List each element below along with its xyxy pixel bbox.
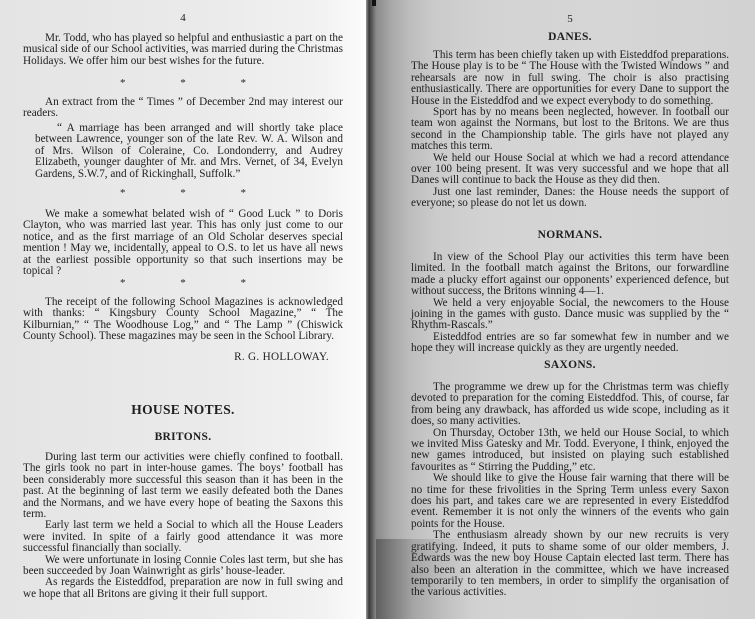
saxons-paragraph: The enthusiasm already shown by our new … (411, 530, 729, 598)
paragraph-magazines: The receipt of the following School Maga… (23, 297, 343, 343)
danes-paragraph: Just one last reminder, Danes: the House… (411, 187, 729, 210)
normans-section: In view of the School Play our activitie… (411, 252, 729, 355)
section-heading-danes: DANES. (411, 32, 729, 43)
separator-stars: * * * (23, 278, 343, 289)
section-heading-saxons: SAXONS. (411, 360, 729, 371)
danes-paragraph: We held our House Social at which we had… (411, 153, 729, 187)
page-number: 5 (411, 14, 729, 25)
right-page: 5 DANES. This term has been chiefly take… (376, 0, 755, 619)
danes-section: This term has been chiefly taken up with… (411, 50, 729, 210)
paragraph-times-quote: “ A marriage has been arranged and will … (23, 123, 343, 180)
saxons-section: The programme we drew up for the Christm… (411, 382, 729, 599)
saxons-paragraph: We should like to give the House fair wa… (411, 473, 729, 530)
britons-paragraph: Early last term we held a Social to whic… (23, 520, 343, 554)
danes-paragraph: Sport has by no means been neglected, ho… (411, 107, 729, 153)
section-heading-britons: BRITONS. (23, 432, 343, 443)
separator-stars: * * * (23, 188, 343, 199)
britons-section: During last term our activities were chi… (23, 452, 343, 600)
normans-paragraph: In view of the School Play our activitie… (411, 252, 729, 298)
paragraph-todd: Mr. Todd, who has played so helpful and … (23, 33, 343, 67)
left-page: 4 Mr. Todd, who has played so helpful an… (0, 0, 368, 619)
normans-paragraph: We held a very enjoyable Social, the new… (411, 298, 729, 332)
britons-paragraph: As regards the Eisteddfod, preparation a… (23, 577, 343, 600)
house-notes-title: HOUSE NOTES. (23, 404, 343, 415)
paragraph-times-intro: An extract from the “ Times ” of Decembe… (23, 97, 343, 120)
signature: R. G. HOLLOWAY. (23, 352, 343, 363)
magazine-spread: 4 Mr. Todd, who has played so helpful an… (0, 0, 755, 619)
danes-paragraph: This term has been chiefly taken up with… (411, 50, 729, 107)
normans-paragraph: Eisteddfod entries are so far somewhat f… (411, 332, 729, 355)
separator-stars: * * * (23, 78, 343, 89)
page-number: 4 (23, 13, 343, 24)
saxons-paragraph: On Thursday, October 13th, we held our H… (411, 428, 729, 474)
book-gutter (366, 0, 376, 619)
britons-paragraph: During last term our activities were chi… (23, 452, 343, 520)
section-heading-normans: NORMANS. (411, 230, 729, 241)
paragraph-good-luck: We make a somewhat belated wish of “ Goo… (23, 209, 343, 277)
britons-paragraph: We were unfortunate in losing Connie Col… (23, 555, 343, 578)
saxons-paragraph: The programme we drew up for the Christm… (411, 382, 729, 428)
